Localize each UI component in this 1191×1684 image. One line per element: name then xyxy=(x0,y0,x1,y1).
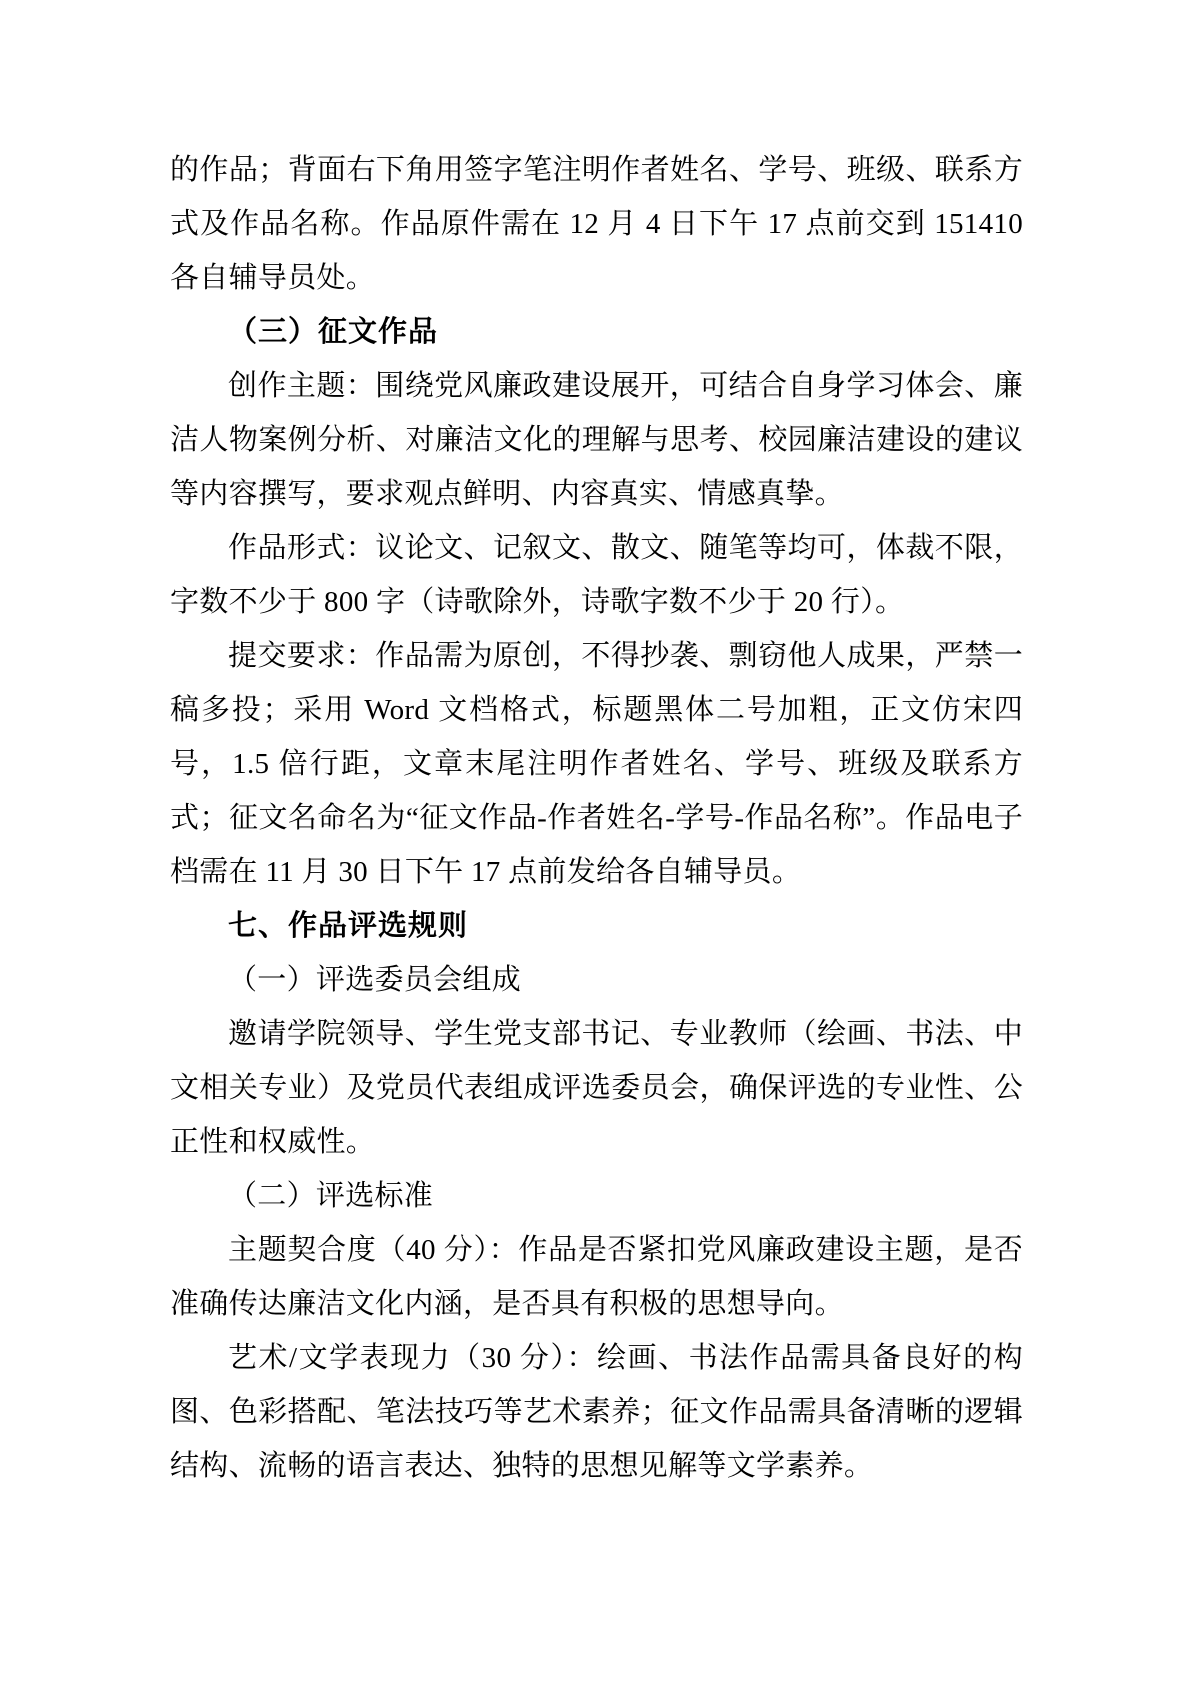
paragraph-committee-members: 邀请学院领导、学生党支部书记、专业教师（绘画、书法、中文相关专业）及党员代表组成… xyxy=(170,1007,1023,1169)
paragraph-expression-score: 艺术/文学表现力（30 分）：绘画、书法作品需具备良好的构图、色彩搭配、笔法技巧… xyxy=(170,1331,1023,1493)
paragraph-work-format: 作品形式：议论文、记叙文、散文、随笔等均可，体裁不限，字数不少于 800 字（诗… xyxy=(170,521,1023,629)
paragraph-theme-fit-score: 主题契合度（40 分）：作品是否紧扣党风廉政建设主题，是否准确传达廉洁文化内涵，… xyxy=(170,1223,1023,1331)
document-page: 的作品；背面右下角用签字笔注明作者姓名、学号、班级、联系方式及作品名称。作品原件… xyxy=(0,0,1191,1684)
paragraph-creation-theme: 创作主题：围绕党风廉政建设展开，可结合自身学习体会、廉洁人物案例分析、对廉洁文化… xyxy=(170,359,1023,521)
subheading-committee-composition: （一）评选委员会组成 xyxy=(170,953,1023,1007)
paragraph-submission-note: 的作品；背面右下角用签字笔注明作者姓名、学号、班级、联系方式及作品名称。作品原件… xyxy=(170,143,1023,305)
section-heading-selection-rules: 七、作品评选规则 xyxy=(170,899,1023,953)
paragraph-submission-requirements: 提交要求：作品需为原创，不得抄袭、剽窃他人成果，严禁一稿多投；采用 Word 文… xyxy=(170,629,1023,899)
document-content: 的作品；背面右下角用签字笔注明作者姓名、学号、班级、联系方式及作品名称。作品原件… xyxy=(170,143,1023,1493)
subheading-selection-criteria: （二）评选标准 xyxy=(170,1169,1023,1223)
section-heading-essay-works: （三）征文作品 xyxy=(170,305,1023,359)
